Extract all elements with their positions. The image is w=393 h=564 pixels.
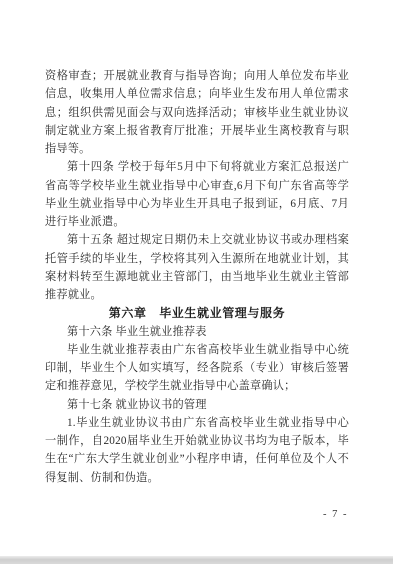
text-line: 进行毕业派遣。 [45,213,349,231]
text-line: 得复制、仿制和伪造。 [45,469,349,487]
text-line: 第十六条 毕业生就业推荐表 [45,323,349,341]
text-line: 资格审查；开展就业教育与指导咨询；向用人单位发布毕业生 [45,67,349,85]
document-text: 资格审查；开展就业教育与指导咨询；向用人单位发布毕业生信息，收集用人单位需求信息… [45,67,349,487]
text-line: 1.毕业生就业协议书由广东省高校毕业生就业指导中心统 [45,414,349,432]
paragraph: 资格审查；开展就业教育与指导咨询；向用人单位发布毕业生信息，收集用人单位需求信息… [45,67,349,158]
paragraph: 毕业生就业推荐表由广东省高校毕业生就业指导中心统一印制，毕业生个人如实填写，经各… [45,341,349,396]
text-line: 推荐就业。 [45,286,349,304]
paragraph: 第十五条 超过规定日期仍未上交就业协议书或办理档案托管手续的毕业生，学校将其列入… [45,231,349,304]
text-line: 毕业生就业指导中心为毕业生开具电子报到证，6月底、7月初 [45,195,349,213]
text-line: 定和推荐意见，学校学生就业指导中心盖章确认； [45,377,349,395]
text-line: 第十七条 就业协议书的管理 [45,396,349,414]
text-line: 印制，毕业生个人如实填写，经各院系（专业）审核后签署鉴 [45,359,349,377]
text-line: 指导等。 [45,140,349,158]
text-line: 信息，收集用人单位需求信息；向毕业生发布用人单位需求信 [45,85,349,103]
paragraph: 第十四条 学校于每年5月中下旬将就业方案汇总报送广东省高等学校毕业生就业指导中心… [45,158,349,231]
text-line: 第十四条 学校于每年5月中下旬将就业方案汇总报送广东 [45,158,349,176]
document-page: 资格审查；开展就业教育与指导咨询；向用人单位发布毕业生信息，收集用人单位需求信息… [0,0,393,564]
text-line: 息；组织供需见面会与双向选择活动；审核毕业生就业协议书； [45,104,349,122]
text-line: 生在“广东大学生就业创业”小程序申请，任何单位及个人不 [45,450,349,468]
text-line: 案材料转至生源地就业主管部门，由当地毕业生就业主管部门 [45,268,349,286]
paragraph: 第十七条 就业协议书的管理 [45,396,349,414]
page-number: - 7 - [323,509,348,520]
text-line: 第十五条 超过规定日期仍未上交就业协议书或办理档案 [45,231,349,249]
scan-edge [0,556,393,564]
chapter-heading: 第六章 毕业生就业管理与服务 [45,304,349,322]
text-line: 第六章 毕业生就业管理与服务 [45,304,349,322]
paragraph: 1.毕业生就业协议书由广东省高校毕业生就业指导中心统一制作，自2020届毕业生开… [45,414,349,487]
text-line: 毕业生就业推荐表由广东省高校毕业生就业指导中心统一 [45,341,349,359]
paragraph: 第十六条 毕业生就业推荐表 [45,323,349,341]
text-line: 制定就业方案上报省教育厅批准；开展毕业生离校教育与职前 [45,122,349,140]
text-line: 省高等学校毕业生就业指导中心审查,6月下旬广东省高等学校 [45,177,349,195]
text-line: 托管手续的毕业生，学校将其列入生源所在地就业计划，其档 [45,250,349,268]
text-line: 一制作，自2020届毕业生开始就业协议书均为电子版本，毕业 [45,432,349,450]
